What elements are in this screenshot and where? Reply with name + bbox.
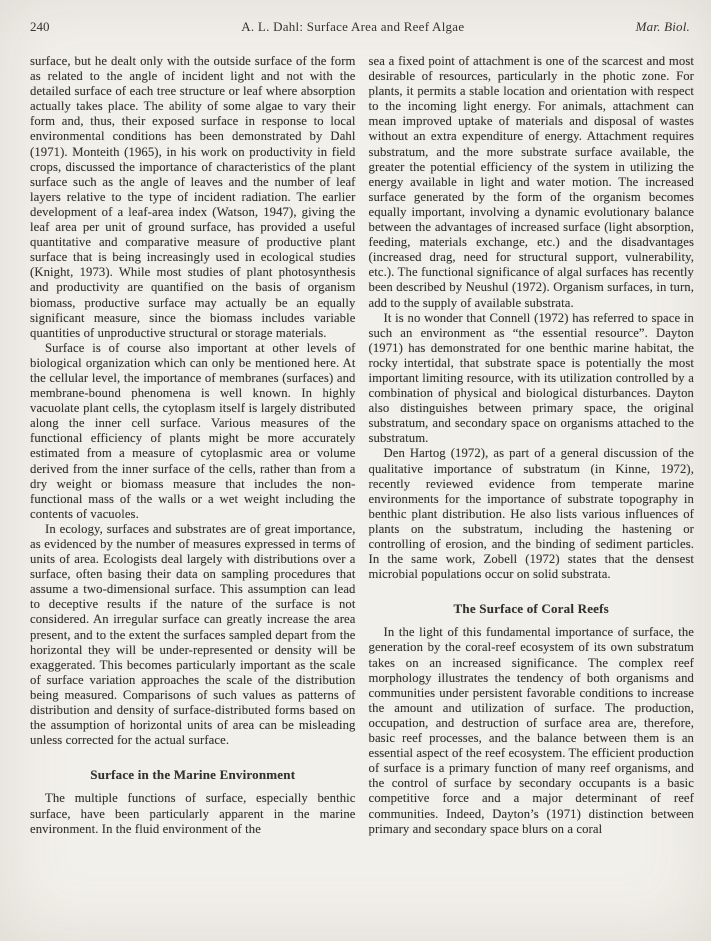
paragraph-continuation: sea a fixed point of attachment is one o… bbox=[369, 54, 695, 311]
page-number: 240 bbox=[30, 19, 70, 35]
paragraph: It is no wonder that Connell (1972) has … bbox=[369, 311, 695, 447]
journal-page: 240 A. L. Dahl: Surface Area and Reef Al… bbox=[0, 0, 711, 941]
running-title: A. L. Dahl: Surface Area and Reef Algae bbox=[70, 19, 636, 35]
right-column: sea a fixed point of attachment is one o… bbox=[369, 54, 695, 837]
journal-name: Mar. Biol. bbox=[636, 19, 690, 35]
paragraph: Den Hartog (1972), as part of a general … bbox=[369, 446, 695, 582]
paragraph: In ecology, surfaces and substrates are … bbox=[30, 522, 356, 748]
two-column-body: surface, but he dealt only with the outs… bbox=[0, 35, 711, 837]
page-header: 240 A. L. Dahl: Surface Area and Reef Al… bbox=[0, 0, 711, 35]
paragraph: The multiple functions of surface, espec… bbox=[30, 791, 356, 836]
section-heading-coral-reefs: The Surface of Coral Reefs bbox=[369, 601, 695, 616]
paragraph: In the light of this fundamental importa… bbox=[369, 625, 695, 836]
paragraph-continuation: surface, but he dealt only with the outs… bbox=[30, 54, 356, 341]
section-heading-marine-environment: Surface in the Marine Environment bbox=[30, 767, 356, 782]
left-column: surface, but he dealt only with the outs… bbox=[30, 54, 356, 837]
paragraph: Surface is of course also important at o… bbox=[30, 341, 356, 522]
